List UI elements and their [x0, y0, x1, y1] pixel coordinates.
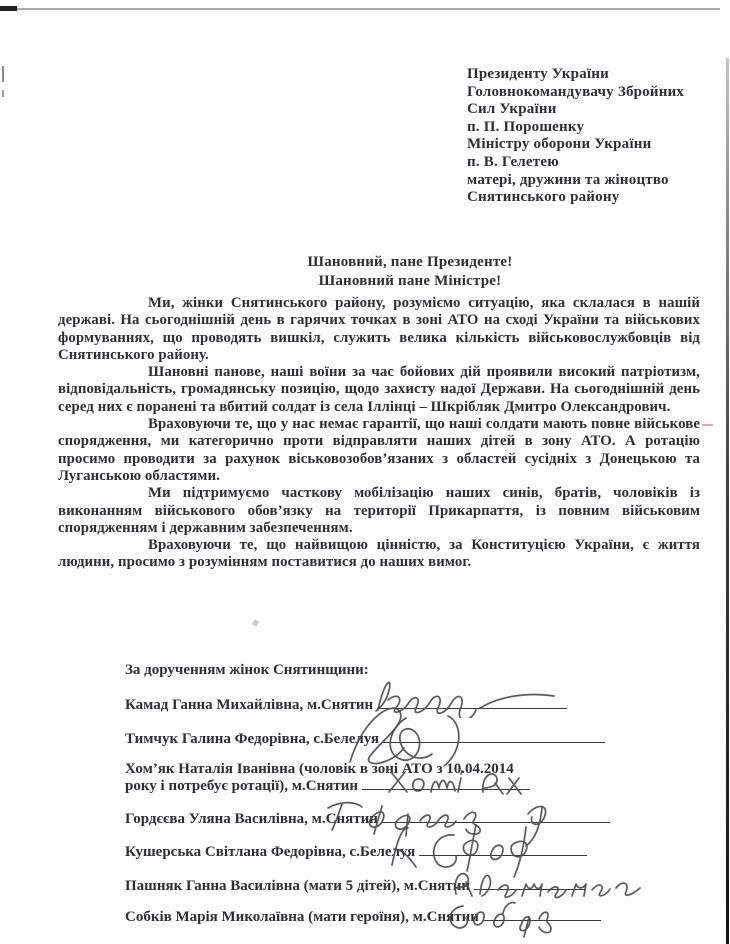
signatory-label: Тимчук Галина Федорівна, с.Белелуя — [125, 731, 379, 747]
scan-top-left-mark — [0, 6, 17, 11]
recipient-line: Сил України — [467, 101, 684, 119]
recipient-line: матері, дружини та жіноцтво — [467, 172, 684, 190]
signature-blank-line — [362, 787, 530, 790]
signatory-row: Гордєєва Уляна Василівна, м.Снятин — [125, 811, 610, 828]
signature-blank-line — [474, 887, 586, 890]
signatory-row: Пашняк Ганна Василівна (мати 5 дітей), м… — [125, 878, 586, 895]
scan-left-edge-mark — [2, 90, 4, 97]
scanned-letter-page: Президенту України Головнокомандувачу Зб… — [0, 0, 730, 944]
recipient-block: Президенту України Головнокомандувачу Зб… — [467, 66, 684, 207]
salutation: Шановний, пане Президенте! Шановний пане… — [110, 253, 710, 290]
recipient-line: Міністру оборони України — [467, 136, 684, 154]
signatory-label: Собків Марія Миколаївна (мати героїня), … — [125, 909, 479, 925]
signatory-label: Пашняк Ганна Василівна (мати 5 дітей), м… — [125, 878, 470, 894]
signatory-label: Кушерська Світлана Федорівна, с.Белелуя — [125, 844, 415, 860]
signatory-row: Кушерська Світлана Федорівна, с.Белелуя — [125, 844, 587, 861]
recipient-line: Головнокомандувачу Збройних — [467, 84, 684, 102]
letter-body: Ми, жінки Снятинського району, розуміємо… — [58, 295, 700, 572]
signatory-row: Собків Марія Миколаївна (мати героїня), … — [125, 909, 601, 926]
signatory-row: Хом’як Наталія Іванівна (чоловік в зоні … — [125, 761, 603, 794]
salutation-line: Шановний, пане Президенте! — [110, 253, 710, 272]
paragraph: Ми підтримуємо часткову мобілізацію наши… — [58, 485, 700, 537]
recipient-line: Снятинського району — [467, 189, 684, 207]
signatory-label: року і потребує ротації), м.Снятин — [125, 778, 358, 794]
scan-top-edge-line — [14, 8, 720, 10]
signature-blank-line — [419, 853, 587, 856]
signatory-label: Гордєєва Уляна Василівна, м.Снятин — [125, 811, 378, 827]
paragraph: Враховуючи те, що найвищою цінністю, за … — [58, 537, 700, 572]
scan-right-edge-shadow — [726, 58, 729, 944]
salutation-line: Шановний пане Міністре! — [110, 272, 710, 291]
signatory-label: Камад Ганна Михайлівна, м.Снятин — [125, 697, 373, 713]
signature-blank-line — [382, 820, 610, 823]
scan-speck — [252, 619, 259, 627]
recipient-line: п. В. Гелетею — [467, 154, 684, 172]
paragraph: Шановні панове, наші воїни за час бойови… — [58, 364, 700, 416]
scan-pink-mark — [702, 424, 713, 426]
paragraph: Ми, жінки Снятинського району, розуміємо… — [58, 295, 700, 364]
signatory-row: Тимчук Галина Федорівна, с.Белелуя — [125, 731, 605, 748]
scan-left-edge-mark — [2, 66, 4, 82]
closing-line: За дорученням жінок Снятинщини: — [125, 662, 369, 679]
recipient-line: Президенту України — [467, 66, 684, 84]
signatory-row: Камад Ганна Михайлівна, м.Снятин — [125, 697, 567, 714]
signature-blank-line — [383, 740, 605, 743]
paragraph: Враховуючи те, що у нас немає гарантії, … — [58, 416, 700, 485]
signature-blank-line — [483, 918, 601, 921]
signature-blank-line — [377, 706, 567, 709]
recipient-line: п. П. Порошенку — [467, 119, 684, 137]
signatory-label: Хом’як Наталія Іванівна (чоловік в зоні … — [125, 761, 514, 777]
